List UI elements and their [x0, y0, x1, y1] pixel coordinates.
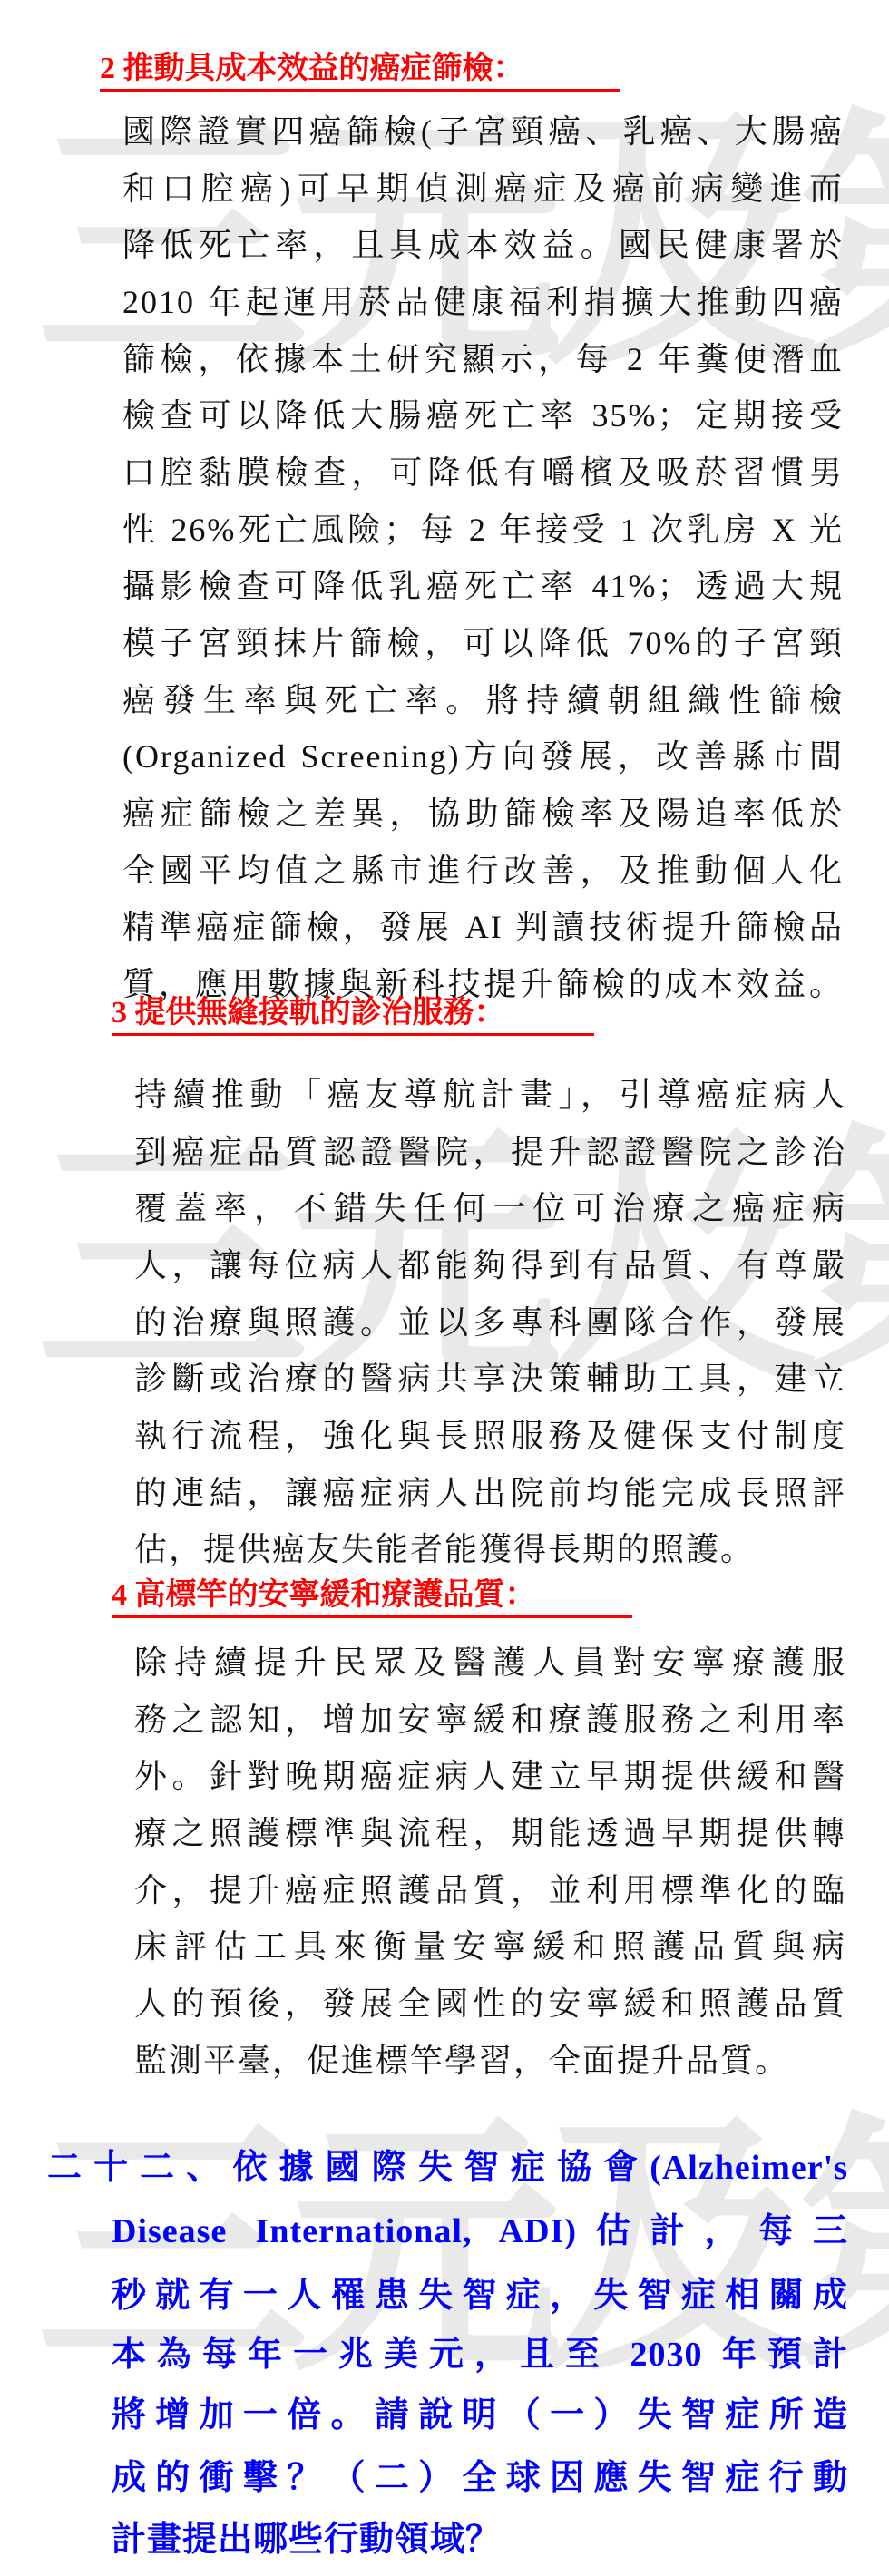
body-line: 持續推動「癌友導航計畫」，引導癌症病人: [134, 1075, 846, 1115]
body-line: 務之認知，增加安寧緩和療護服務之利用率: [134, 1700, 846, 1740]
body-line: 的治療與照護。並以多專科團隊合作，發展: [134, 1303, 846, 1342]
section-heading: 4 高標竿的安寧緩和療護品質：: [112, 1577, 632, 1618]
body-line: 除持續提升民眾及醫護人員對安寧療護服: [134, 1643, 846, 1683]
body-line: 的連結，讓癌症病人出院前均能完成長照評: [134, 1473, 846, 1513]
question-line: 計畫提出哪些行動領域？: [112, 2519, 501, 2561]
body-line: 療之照護標準與流程，期能透過早期提供轉: [134, 1813, 846, 1853]
body-line: 口腔黏膜檢查，可降低有嚼檳及吸菸習慣男: [122, 453, 844, 493]
body-line: 篩檢，依據本土研究顯示，每 2 年糞便潛血: [122, 339, 844, 379]
body-line: 模子宮頸抹片篩檢，可以降低 70%的子宮頸: [122, 623, 844, 663]
question-line: 二十二、依據國際失智症協會(Alzheimer's: [47, 2147, 848, 2189]
question-line: 秒就有一人罹患失智症，失智症相關成: [112, 2275, 848, 2317]
body-line: 檢查可以降低大腸癌死亡率 35%；定期接受: [122, 395, 844, 435]
body-line: (Organized Screening)方向發展，改善縣市間: [122, 737, 844, 776]
body-line: 攝影檢查可降低乳癌死亡率 41%；透過大規: [122, 566, 844, 606]
body-line: 和口腔癌)可早期偵測癌症及癌前病變進而: [122, 169, 844, 209]
body-line: 執行流程，強化與長照服務及健保支付制度: [134, 1416, 846, 1456]
body-line: 癌發生率與死亡率。將持續朝組織性篩檢: [122, 680, 844, 720]
body-line: 監測平臺，促進標竿學習，全面提升品質。: [134, 2041, 789, 2081]
question-line: 成的衝擊？（二）全球因應失智症行動: [112, 2457, 848, 2499]
section-heading: 2 推動具成本效益的癌症篩檢：: [100, 51, 620, 92]
body-line: 覆蓋率，不錯失任何一位可治療之癌症病: [134, 1188, 846, 1228]
body-line: 精準癌症篩檢，發展 AI 判讀技術提升篩檢品: [122, 907, 844, 947]
body-line: 人的預後，發展全國性的安寧緩和照護品質: [134, 1984, 846, 2024]
question-line: 本為每年一兆美元，且至 2030 年預計: [112, 2334, 848, 2376]
body-line: 國際證實四癌篩檢(子宮頸癌、乳癌、大腸癌: [122, 112, 844, 151]
body-line: 到癌症品質認證醫院，提升認證醫院之診治: [134, 1132, 846, 1172]
body-line: 癌症篩檢之差異，協助篩檢率及陽追率低於: [122, 794, 844, 834]
body-line: 全國平均值之縣市進行改善，及推動個人化: [122, 851, 844, 891]
question-line: Disease International, ADI)估計，每三: [112, 2210, 848, 2252]
body-line: 人，讓每位病人都能夠得到有品質、有尊嚴: [134, 1245, 846, 1285]
body-line: 2010 年起運用菸品健康福利捐擴大推動四癌: [122, 282, 844, 322]
body-line: 降低死亡率，且具成本效益。國民健康署於: [122, 225, 844, 265]
body-line: 外。針對晚期癌症病人建立早期提供緩和醫: [134, 1756, 846, 1796]
body-line: 估，提供癌友失能者能獲得長期的照護。: [134, 1529, 755, 1569]
body-line: 床評估工具來衡量安寧緩和照護品質與病: [134, 1927, 846, 1966]
question-line: 將增加一倍。請說明（一）失智症所造: [112, 2395, 848, 2436]
section-heading: 3 提供無縫接軌的診治服務：: [112, 995, 594, 1036]
body-line: 介，提升癌症照護品質，並利用標準化的臨: [134, 1870, 846, 1910]
body-line: 性 26%死亡風險；每 2 年接受 1 次乳房 X 光: [122, 510, 844, 550]
body-line: 診斷或治療的醫病共享決策輔助工具，建立: [134, 1359, 846, 1399]
